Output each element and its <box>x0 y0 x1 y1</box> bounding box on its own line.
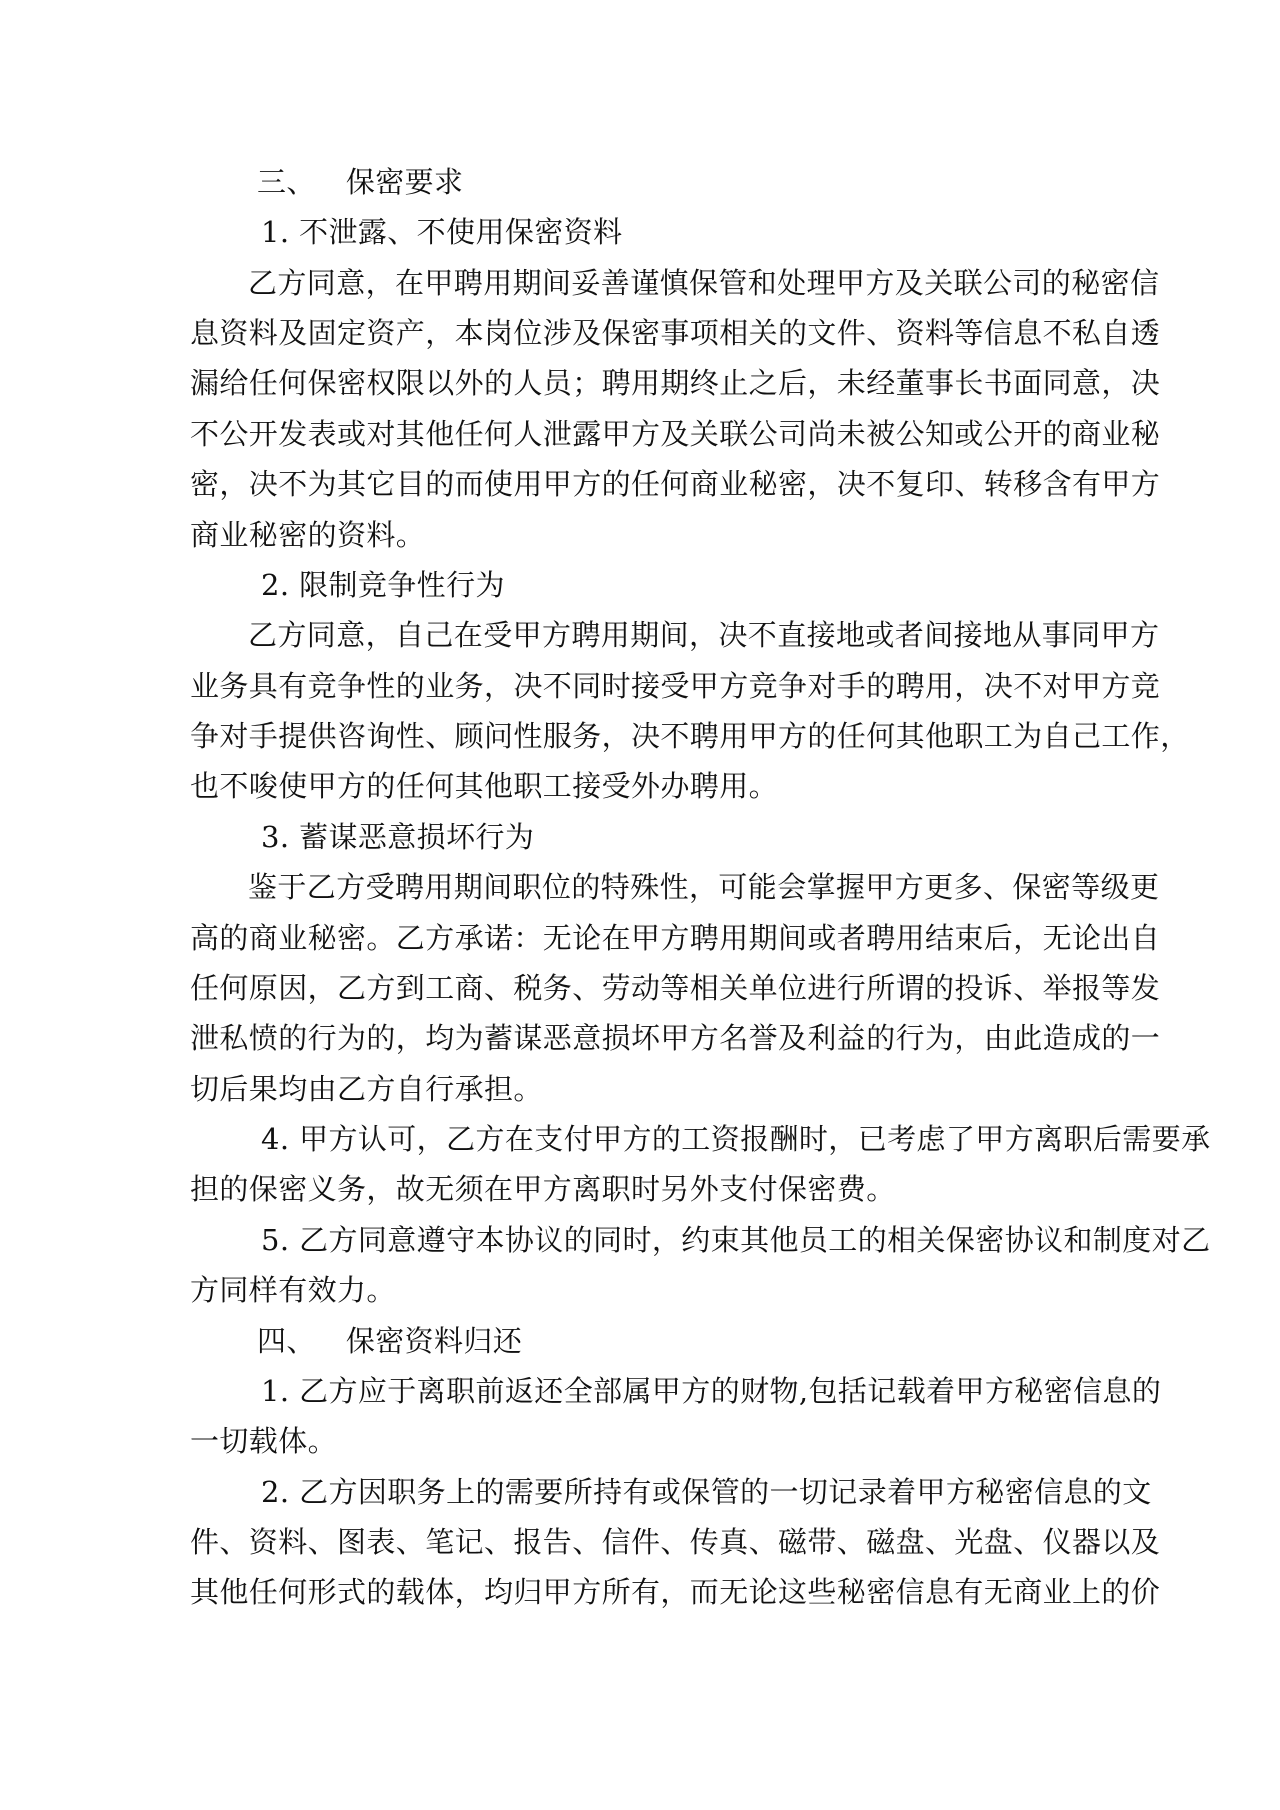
paragraph-line: 乙方同意，自己在受甲方聘用期间，决不直接地或者间接地从事同甲方 <box>190 610 1044 660</box>
document-page: 三、保密要求 1. 不泄露、不使用保密资料 乙方同意，在甲聘用期间妥善谨慎保管和… <box>0 0 1280 1810</box>
paragraph-line: 业务具有竞争性的业务，决不同时接受甲方竞争对手的聘用，决不对甲方竞 <box>190 661 1044 711</box>
paragraph-line: 密，决不为其它目的而使用甲方的任何商业秘密，决不复印、转移含有甲方 <box>190 459 1044 509</box>
paragraph-line: 其他任何形式的载体，均归甲方所有，而无论这些秘密信息有无商业上的价 <box>190 1567 1044 1617</box>
item-title: 3. 蓄谋恶意损坏行为 <box>190 812 1141 862</box>
paragraph-line: 也不唆使甲方的任何其他职工接受外办聘用。 <box>190 761 1070 811</box>
paragraph-line: 担的保密义务，故无须在甲方离职时另外支付保密费。 <box>190 1164 1070 1214</box>
section-number: 四、 <box>257 1324 316 1358</box>
paragraph-line: 2. 乙方因职务上的需要所持有或保管的一切记录着甲方秘密信息的文 <box>190 1467 1044 1517</box>
paragraph-line: 商业秘密的资料。 <box>190 510 1070 560</box>
paragraph-line: 方同样有效力。 <box>190 1265 1070 1315</box>
paragraph-line: 一切载体。 <box>190 1416 1070 1466</box>
paragraph-line: 漏给任何保密权限以外的人员；聘用期终止之后，未经董事长书面同意，决 <box>190 358 1044 408</box>
paragraph-line: 不公开发表或对其他任何人泄露甲方及关联公司尚未被公知或公开的商业秘 <box>190 409 1044 459</box>
section-number: 三、 <box>257 165 316 199</box>
paragraph-line: 4. 甲方认可，乙方在支付甲方的工资报酬时，已考虑了甲方离职后需要承 <box>190 1114 1044 1164</box>
paragraph-line: 泄私愤的行为的，均为蓄谋恶意损坏甲方名誉及利益的行为，由此造成的一 <box>190 1013 1044 1063</box>
paragraph-line: 5. 乙方同意遵守本协议的同时，约束其他员工的相关保密协议和制度对乙 <box>190 1215 1044 1265</box>
paragraph-line: 鉴于乙方受聘用期间职位的特殊性，可能会掌握甲方更多、保密等级更 <box>190 862 1044 912</box>
paragraph-line: 乙方同意，在甲聘用期间妥善谨慎保管和处理甲方及关联公司的秘密信 <box>190 258 1044 308</box>
paragraph-line: 任何原因，乙方到工商、税务、劳动等相关单位进行所谓的投诉、举报等发 <box>190 963 1044 1013</box>
item-title: 2. 限制竞争性行为 <box>190 560 1141 610</box>
paragraph-line: 件、资料、图表、笔记、报告、信件、传真、磁带、磁盘、光盘、仪器以及 <box>190 1517 1044 1567</box>
paragraph-line: 争对手提供咨询性、顾问性服务，决不聘用甲方的任何其他职工为自己工作， <box>190 711 1044 761</box>
item-title: 1. 不泄露、不使用保密资料 <box>190 207 1141 257</box>
section-heading-confidentiality-requirements: 三、保密要求 <box>190 157 1137 207</box>
paragraph-line: 切后果均由乙方自行承担。 <box>190 1064 1070 1114</box>
paragraph-line: 高的商业秘密。乙方承诺：无论在甲方聘用期间或者聘用结束后，无论出自 <box>190 913 1044 963</box>
paragraph-line: 1. 乙方应于离职前返还全部属甲方的财物,包括记载着甲方秘密信息的 <box>190 1366 1044 1416</box>
section-title: 保密资料归还 <box>346 1324 522 1358</box>
section-heading-return-of-materials: 四、保密资料归还 <box>190 1316 1137 1366</box>
section-title: 保密要求 <box>346 165 464 199</box>
paragraph-line: 息资料及固定资产，本岗位涉及保密事项相关的文件、资料等信息不私自透 <box>190 308 1044 358</box>
